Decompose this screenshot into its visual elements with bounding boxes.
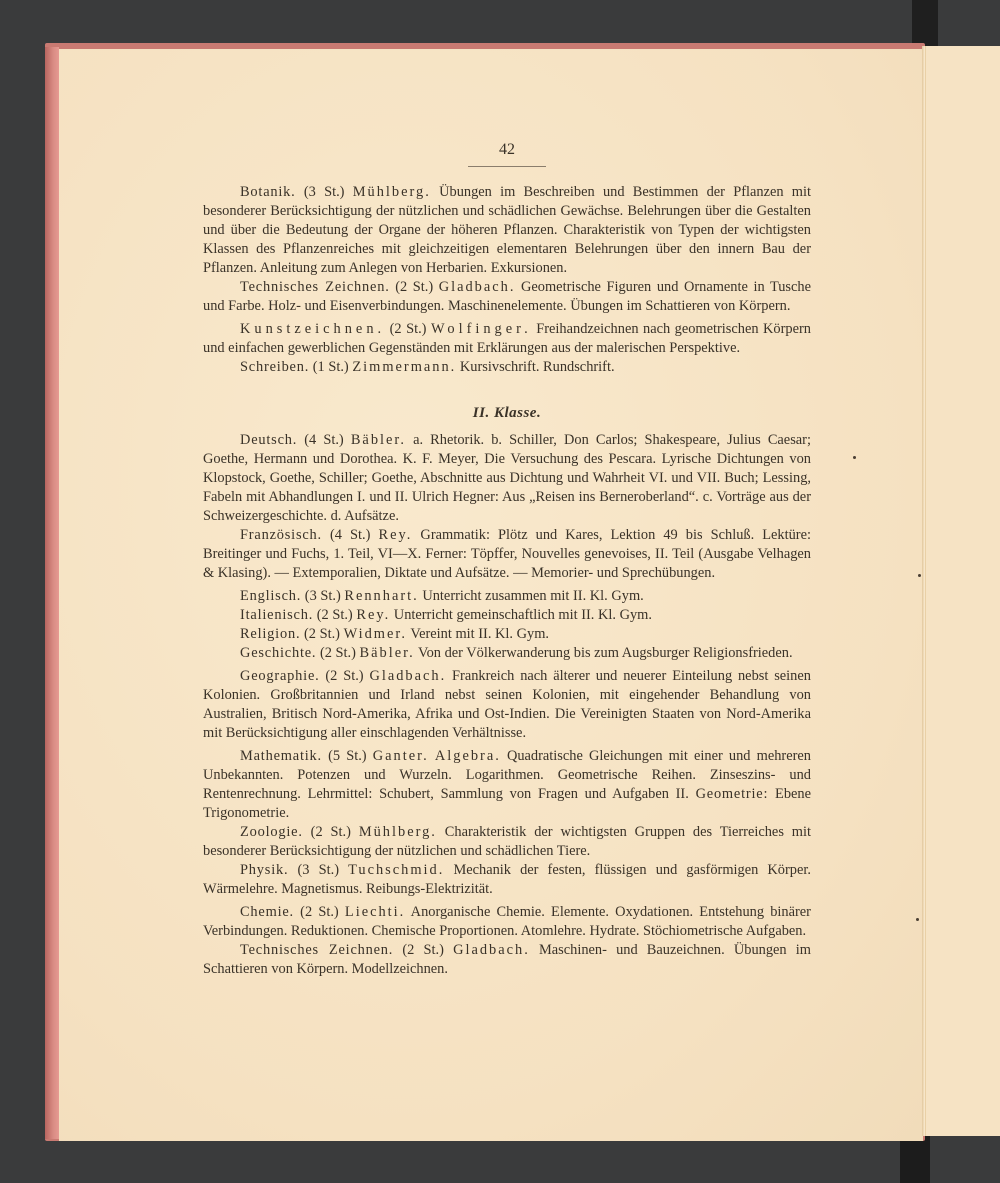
subject-name: Kunstzeichnen. [240,321,385,337]
hours: (2 St.) [311,824,351,840]
teacher-name: Ganter. [373,748,429,764]
subject-name: Chemie. [240,904,294,920]
hours: (2 St.) [325,668,363,684]
book-spine-top [912,0,938,46]
hours: (2 St.) [402,942,444,958]
paragraph-text: Von der Völkerwanderung bis zum Augsburg… [418,645,793,661]
paragraph-kunstzeichnen: Kunstzeichnen. (2 St.) Wolfinger. Freiha… [203,320,811,358]
paragraph-chemie: Chemie. (2 St.) Liechti. Anorganische Ch… [203,903,811,941]
paragraph-deutsch: Deutsch. (4 St.) Bäbler. a. Rhetorik. b.… [203,431,811,526]
subject-name: Technisches Zeichnen. [240,279,390,295]
teacher-name: Mühlberg. [353,184,431,200]
hours: (2 St.) [395,279,433,295]
paragraph-englisch: Englisch. (3 St.) Rennhart. Unterricht z… [203,587,811,606]
hours: (3 St.) [305,588,341,604]
paragraph-mathematik: Mathematik. (5 St.) Ganter. Algebra. Qua… [203,747,811,823]
hours: (2 St.) [317,607,353,623]
hours: (4 St.) [330,527,370,543]
hours: (1 St.) [313,359,349,375]
page-number: 42 [203,140,811,160]
subsection-name: Geometrie: [696,786,769,802]
section-title: II. Klasse. [203,404,811,423]
hours: (4 St.) [304,432,343,448]
teacher-name: Rey. [379,527,413,543]
hours: (2 St.) [304,626,340,642]
paragraph-italienisch: Italienisch. (2 St.) Rey. Unterricht gem… [203,606,811,625]
teacher-name: Wolfinger. [431,321,532,337]
subject-name: Botanik. [240,184,296,200]
teacher-name: Bäbler. [360,645,415,661]
page-number-rule [468,166,546,167]
paper-speck [916,918,919,921]
teacher-name: Rey. [356,607,390,623]
subject-name: Mathematik. [240,748,322,764]
hours: (5 St.) [328,748,367,764]
hours: (2 St.) [320,645,356,661]
subject-name: Physik. [240,862,288,878]
hours: (3 St.) [304,184,345,200]
paragraph-technisches-zeichnen: Technisches Zeichnen. (2 St.) Gladbach. … [203,278,811,316]
paragraph-franzoesisch: Französisch. (4 St.) Rey. Grammatik: Plö… [203,526,811,583]
hours: (3 St.) [298,862,339,878]
paragraph-text: Kursivschrift. Rundschrift. [460,359,615,375]
teacher-name: Rennhart. [344,588,418,604]
subject-name: Religion. [240,626,300,642]
subject-name: Englisch. [240,588,301,604]
paragraph-text: Mechanik der festen, flüssigen und gasfö… [203,862,811,897]
page-edge-left [45,47,59,1139]
subject-name: Geschichte. [240,645,316,661]
paragraph-text: Unterricht zusammen mit II. Kl. Gym. [422,588,643,604]
hours: (2 St.) [390,321,427,337]
gutter [922,46,925,1136]
subject-name: Französisch. [240,527,322,543]
paper-speck [853,456,856,459]
teacher-name: Mühlberg. [359,824,437,840]
paragraph-geschichte: Geschichte. (2 St.) Bäbler. Von der Völk… [203,644,811,663]
paragraph-zoologie: Zoologie. (2 St.) Mühlberg. Charakterist… [203,823,811,861]
paragraph-physik: Physik. (3 St.) Tuchschmid. Mechanik der… [203,861,811,899]
teacher-name: Bäbler. [351,432,406,448]
teacher-name: Gladbach. [453,942,530,958]
subsection-name: Algebra. [435,748,501,764]
teacher-name: Liechti. [345,904,405,920]
teacher-name: Gladbach. [439,279,516,295]
paragraph-schreiben: Schreiben. (1 St.) Zimmermann. Kursivsch… [203,358,811,377]
teacher-name: Tuchschmid. [348,862,444,878]
subject-name: Geographie. [240,668,320,684]
teacher-name: Zimmermann. [352,359,456,375]
subject-name: Schreiben. [240,359,309,375]
teacher-name: Widmer. [344,626,407,642]
paragraph-technisches-zeichnen-2: Technisches Zeichnen. (2 St.) Gladbach. … [203,941,811,979]
facing-page [924,46,1000,1136]
paragraph-botanik: Botanik. (3 St.) Mühlberg. Übungen im Be… [203,183,811,278]
paragraph-religion: Religion. (2 St.) Widmer. Vereint mit II… [203,625,811,644]
page-content: 42 Botanik. (3 St.) Mühlberg. Übungen im… [203,140,811,979]
hours: (2 St.) [300,904,339,920]
paper-speck [918,574,921,577]
paragraph-text: Anorganische Chemie. Elemente. Oxydation… [203,904,811,939]
paragraph-text: Vereint mit II. Kl. Gym. [410,626,549,642]
subject-name: Italienisch. [240,607,313,623]
paragraph-text: Unterricht gemeinschaftlich mit II. Kl. … [394,607,652,623]
teacher-name: Gladbach. [369,668,446,684]
subject-name: Technisches Zeichnen. [240,942,393,958]
subject-name: Deutsch. [240,432,297,448]
subject-name: Zoologie. [240,824,303,840]
paragraph-geographie: Geographie. (2 St.) Gladbach. Frankreich… [203,667,811,743]
